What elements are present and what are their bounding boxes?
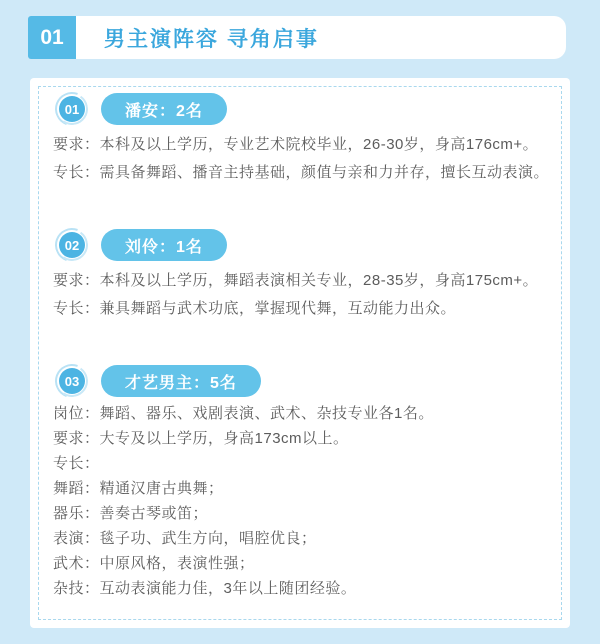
detail-line: 舞蹈：精通汉唐古典舞； xyxy=(53,479,549,498)
line-text: 本科及以上学历，舞蹈表演相关专业，28-35岁，身高175cm+。 xyxy=(100,272,539,289)
line-label: 要求： xyxy=(53,136,100,153)
detail-line: 武术：中原风格，表演性强； xyxy=(53,554,549,573)
dashed-border-panel: 01 潘安：2名 要求：本科及以上学历，专业艺术院校毕业，26-30岁，身高17… xyxy=(38,86,562,620)
page-title: 男主演阵容 寻角启事 xyxy=(104,23,319,53)
detail-line: 专长：兼具舞蹈与武术功底，掌握现代舞，互动能力出众。 xyxy=(53,299,549,318)
line-text: 需具备舞蹈、播音主持基础，颜值与亲和力并存，擅长互动表演。 xyxy=(100,164,550,181)
line-label: 要求： xyxy=(53,272,100,289)
header: 01 男主演阵容 寻角启事 xyxy=(28,16,566,59)
section-caiyi-nanzhu: 03 才艺男主：5名 岗位：舞蹈、器乐、戏剧表演、武术、杂技专业各1名。 要求：… xyxy=(51,364,549,598)
role-pill: 才艺男主：5名 xyxy=(101,365,261,397)
line-label: 舞蹈： xyxy=(53,480,100,497)
section-header: 02 刘伶：1名 xyxy=(55,228,549,262)
detail-line: 要求：本科及以上学历，专业艺术院校毕业，26-30岁，身高176cm+。 xyxy=(53,135,549,154)
line-label: 表演： xyxy=(53,530,100,547)
line-text: 本科及以上学历，专业艺术院校毕业，26-30岁，身高176cm+。 xyxy=(100,136,539,153)
detail-line: 要求：本科及以上学历，舞蹈表演相关专业，28-35岁，身高175cm+。 xyxy=(53,271,549,290)
line-label: 专长： xyxy=(53,300,100,317)
line-label: 武术： xyxy=(53,555,100,572)
section-liuling: 02 刘伶：1名 要求：本科及以上学历，舞蹈表演相关专业，28-35岁，身高17… xyxy=(51,228,549,318)
detail-line: 专长：需具备舞蹈、播音主持基础，颜值与亲和力并存，擅长互动表演。 xyxy=(53,163,549,182)
content-card: 01 潘安：2名 要求：本科及以上学历，专业艺术院校毕业，26-30岁，身高17… xyxy=(30,78,570,628)
role-pill: 刘伶：1名 xyxy=(101,229,227,261)
detail-line: 要求：大专及以上学历，身高173cm以上。 xyxy=(53,429,549,448)
header-title-bar: 男主演阵容 寻角启事 xyxy=(76,16,566,59)
section-number-badge: 01 xyxy=(55,92,89,126)
detail-line: 表演：毯子功、武生方向，唱腔优良； xyxy=(53,529,549,548)
section-number-badge: 03 xyxy=(55,364,89,398)
detail-line: 岗位：舞蹈、器乐、戏剧表演、武术、杂技专业各1名。 xyxy=(53,404,549,423)
role-pill: 潘安：2名 xyxy=(101,93,227,125)
section-number: 03 xyxy=(59,368,85,394)
detail-line: 专长： xyxy=(53,454,549,473)
line-label: 专长： xyxy=(53,455,100,472)
casting-notice-page: { "page": { "background_color": "#cfe9f8… xyxy=(0,0,600,644)
line-text: 毯子功、武生方向，唱腔优良； xyxy=(100,530,317,547)
line-text: 互动表演能力佳，3年以上随团经验。 xyxy=(100,580,357,597)
detail-line: 器乐：善奏古琴或笛； xyxy=(53,504,549,523)
line-text: 舞蹈、器乐、戏剧表演、武术、杂技专业各1名。 xyxy=(100,405,434,422)
section-number: 02 xyxy=(59,232,85,258)
header-number-badge: 01 xyxy=(28,16,76,59)
line-label: 杂技： xyxy=(53,580,100,597)
line-text: 中原风格，表演性强； xyxy=(100,555,255,572)
section-header: 01 潘安：2名 xyxy=(55,92,549,126)
line-text: 善奏古琴或笛； xyxy=(100,505,209,522)
line-label: 要求： xyxy=(53,430,100,447)
line-text: 精通汉唐古典舞； xyxy=(100,480,224,497)
line-label: 岗位： xyxy=(53,405,100,422)
line-text: 兼具舞蹈与武术功底，掌握现代舞，互动能力出众。 xyxy=(100,300,457,317)
line-label: 器乐： xyxy=(53,505,100,522)
section-panan: 01 潘安：2名 要求：本科及以上学历，专业艺术院校毕业，26-30岁，身高17… xyxy=(51,92,549,182)
line-text: 大专及以上学历，身高173cm以上。 xyxy=(100,430,349,447)
detail-line: 杂技：互动表演能力佳，3年以上随团经验。 xyxy=(53,579,549,598)
line-label: 专长： xyxy=(53,164,100,181)
section-header: 03 才艺男主：5名 xyxy=(55,364,549,398)
section-number: 01 xyxy=(59,96,85,122)
section-number-badge: 02 xyxy=(55,228,89,262)
